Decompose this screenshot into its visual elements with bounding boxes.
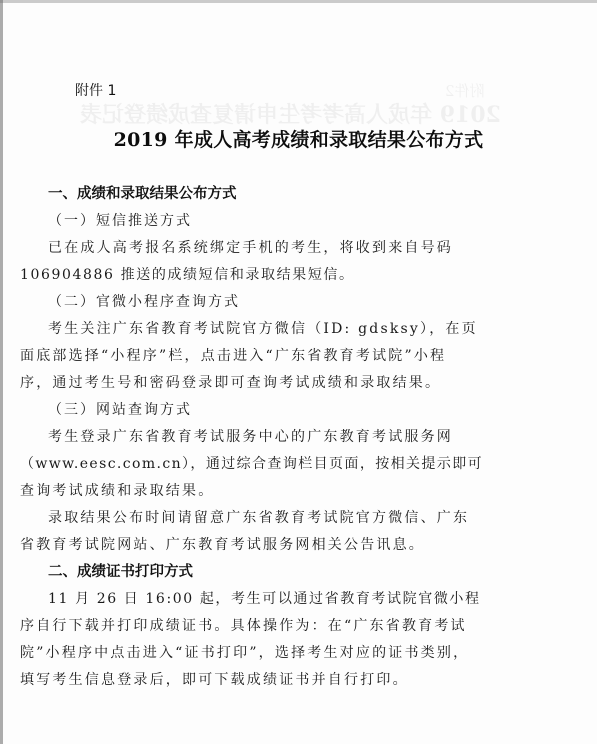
- attachment-label: 附件 1: [75, 80, 116, 100]
- paragraph-line: 录取结果公布时间请留意广东省教育考试院官方微信、广东: [20, 505, 568, 532]
- document-body: 一、成绩和录取结果公布方式 （一）短信推送方式 已在成人高考报名系统绑定手机的考…: [20, 181, 568, 694]
- paragraph-line: 省教育考试院网站、广东教育考试服务网相关公告讯息。: [20, 532, 568, 559]
- paragraph-line: 11 月 26 日 16:00 起，考生可以通过省教育考试院官微小程: [20, 586, 568, 613]
- scan-edge-left: [0, 0, 3, 744]
- paragraph-line: 查询考试成绩和录取结果。: [20, 478, 568, 505]
- document-title: 2019 年成人高考成绩和录取结果公布方式: [0, 125, 597, 152]
- section-heading-1: 一、成绩和录取结果公布方式: [20, 181, 568, 208]
- paragraph-certificate: 11 月 26 日 16:00 起，考生可以通过省教育考试院官微小程 序自行下载…: [20, 586, 568, 694]
- paragraph-notice: 录取结果公布时间请留意广东省教育考试院官方微信、广东 省教育考试院网站、广东教育…: [20, 505, 568, 559]
- subsection-heading-sms: （一）短信推送方式: [20, 208, 568, 235]
- paragraph-line: 院”小程序中点击进入“证书打印”，选择考生对应的证书类别，: [20, 640, 568, 667]
- paragraph-line: 考生登录广东省教育考试服务中心的广东教育考试服务网: [20, 424, 568, 451]
- paragraph-line: （www.eesc.com.cn），通过综合查询栏目页面，按相关提示即可: [20, 451, 568, 478]
- paragraph-line: 序自行下载并打印成绩证书。具体操作为：在“广东省教育考试: [20, 613, 568, 640]
- paragraph-miniprogram: 考生关注广东省教育考试院官方微信（ID: gdsksy），在页 面底部选择“小程…: [20, 316, 568, 397]
- scan-edge-top: [0, 0, 597, 3]
- paragraph-line: 考生关注广东省教育考试院官方微信（ID: gdsksy），在页: [20, 316, 568, 343]
- paragraph-sms: 已在成人高考报名系统绑定手机的考生，将收到来自号码 106904886 推送的成…: [20, 235, 568, 289]
- paragraph-website: 考生登录广东省教育考试服务中心的广东教育考试服务网 （www.eesc.com.…: [20, 424, 568, 505]
- paragraph-line: 填写考生信息登录后，即可下载成绩证书并自行打印。: [20, 667, 568, 694]
- paragraph-line: 106904886 推送的成绩短信和录取结果短信。: [20, 262, 568, 289]
- paragraph-line: 已在成人高考报名系统绑定手机的考生，将收到来自号码: [20, 235, 568, 262]
- subsection-heading-miniprogram: （二）官微小程序查询方式: [20, 289, 568, 316]
- paragraph-line: 面底部选择“小程序”栏，点击进入“广东省教育考试院”小程: [20, 343, 568, 370]
- subsection-heading-website: （三）网站查询方式: [20, 397, 568, 424]
- section-heading-2: 二、成绩证书打印方式: [20, 559, 568, 586]
- paragraph-line: 序，通过考生号和密码登录即可查询考试成绩和录取结果。: [20, 370, 568, 397]
